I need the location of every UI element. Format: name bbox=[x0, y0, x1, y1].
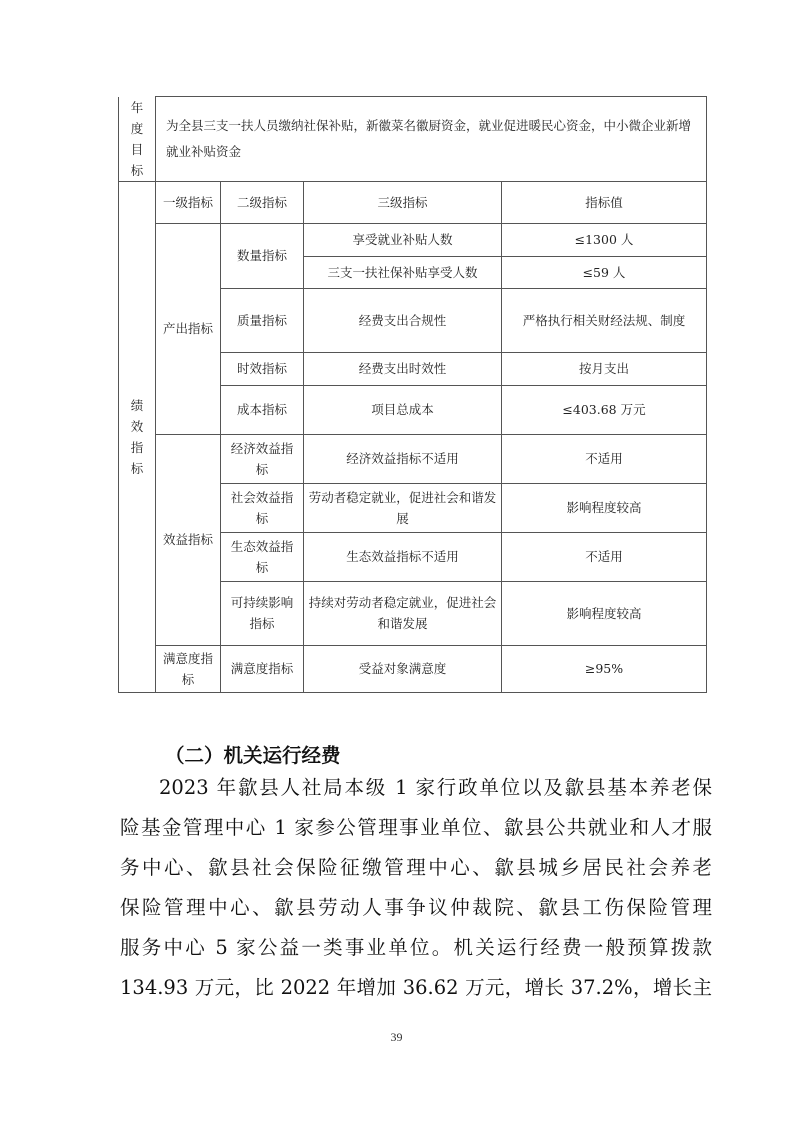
level3-cell: 受益对象满意度 bbox=[304, 645, 502, 692]
paragraph-line: 2023 年歙县人社局本级 1 家行政单位以及歙县基本养老保 bbox=[120, 768, 712, 808]
page-number: 39 bbox=[0, 1030, 793, 1045]
paragraph-line: 险基金管理中心 1 家参公管理事业单位、歙县公共就业和人才服 bbox=[120, 808, 712, 848]
value-cell: 严格执行相关财经法规、制度 bbox=[502, 288, 707, 352]
paragraph-line: 服务中心 5 家公益一类事业单位。机关运行经费一般预算拨款 bbox=[120, 928, 712, 968]
header-level2: 二级指标 bbox=[221, 181, 304, 223]
level2-cell: 可持续影响指标 bbox=[221, 581, 304, 645]
section-paragraph: 2023 年歙县人社局本级 1 家行政单位以及歙县基本养老保 险基金管理中心 1… bbox=[120, 768, 712, 1008]
performance-goal-table: 年 度 目 标 为全县三支一扶人员缴纳社保补贴，新徽菜名徽厨资金，就业促进暖民心… bbox=[118, 96, 707, 693]
level3-cell: 持续对劳动者稳定就业，促进社会和谐发展 bbox=[304, 581, 502, 645]
header-level1: 一级指标 bbox=[156, 181, 221, 223]
paragraph-line: 保险管理中心、歙县劳动人事争议仲裁院、歙县工伤保险管理 bbox=[120, 888, 712, 928]
value-cell: 按月支出 bbox=[502, 352, 707, 385]
value-cell: 影响程度较高 bbox=[502, 483, 707, 532]
level2-cell: 满意度指标 bbox=[221, 645, 304, 692]
level3-cell: 享受就业补贴人数 bbox=[304, 223, 502, 256]
group-benefit: 效益指标 bbox=[156, 434, 221, 645]
level3-cell: 劳动者稳定就业，促进社会和谐发展 bbox=[304, 483, 502, 532]
value-cell: ≤1300 人 bbox=[502, 223, 707, 256]
annual-goal-text: 为全县三支一扶人员缴纳社保补贴，新徽菜名徽厨资金，就业促进暖民心资金，中小微企业… bbox=[156, 97, 707, 182]
header-level3: 三级指标 bbox=[304, 181, 502, 223]
level2-cell: 生态效益指标 bbox=[221, 532, 304, 581]
level2-cell: 时效指标 bbox=[221, 352, 304, 385]
group-output: 产出指标 bbox=[156, 223, 221, 434]
group-satisfaction: 满意度指标 bbox=[156, 645, 221, 692]
level3-cell: 三支一扶社保补贴享受人数 bbox=[304, 256, 502, 288]
level2-cell: 经济效益指标 bbox=[221, 434, 304, 483]
level3-cell: 项目总成本 bbox=[304, 385, 502, 434]
level3-cell: 生态效益指标不适用 bbox=[304, 532, 502, 581]
header-value: 指标值 bbox=[502, 181, 707, 223]
value-cell: 不适用 bbox=[502, 532, 707, 581]
value-cell: ≥95% bbox=[502, 645, 707, 692]
level3-cell: 经费支出时效性 bbox=[304, 352, 502, 385]
paragraph-line: 134.93 万元，比 2022 年增加 36.62 万元，增长 37.2%，增… bbox=[120, 968, 712, 1008]
level2-cell: 质量指标 bbox=[221, 288, 304, 352]
level2-cell: 成本指标 bbox=[221, 385, 304, 434]
level2-cell: 数量指标 bbox=[221, 223, 304, 288]
level3-cell: 经济效益指标不适用 bbox=[304, 434, 502, 483]
value-cell: 不适用 bbox=[502, 434, 707, 483]
value-cell: ≤59 人 bbox=[502, 256, 707, 288]
level2-cell: 社会效益指标 bbox=[221, 483, 304, 532]
value-cell: 影响程度较高 bbox=[502, 581, 707, 645]
level3-cell: 经费支出合规性 bbox=[304, 288, 502, 352]
annual-goal-label: 年 度 目 标 bbox=[119, 97, 156, 182]
value-cell: ≤403.68 万元 bbox=[502, 385, 707, 434]
paragraph-line: 务中心、歙县社会保险征缴管理中心、歙县城乡居民社会养老 bbox=[120, 848, 712, 888]
section-heading: （二）机关运行经费 bbox=[165, 740, 341, 768]
performance-indicator-label: 绩 效 指 标 bbox=[119, 181, 156, 692]
